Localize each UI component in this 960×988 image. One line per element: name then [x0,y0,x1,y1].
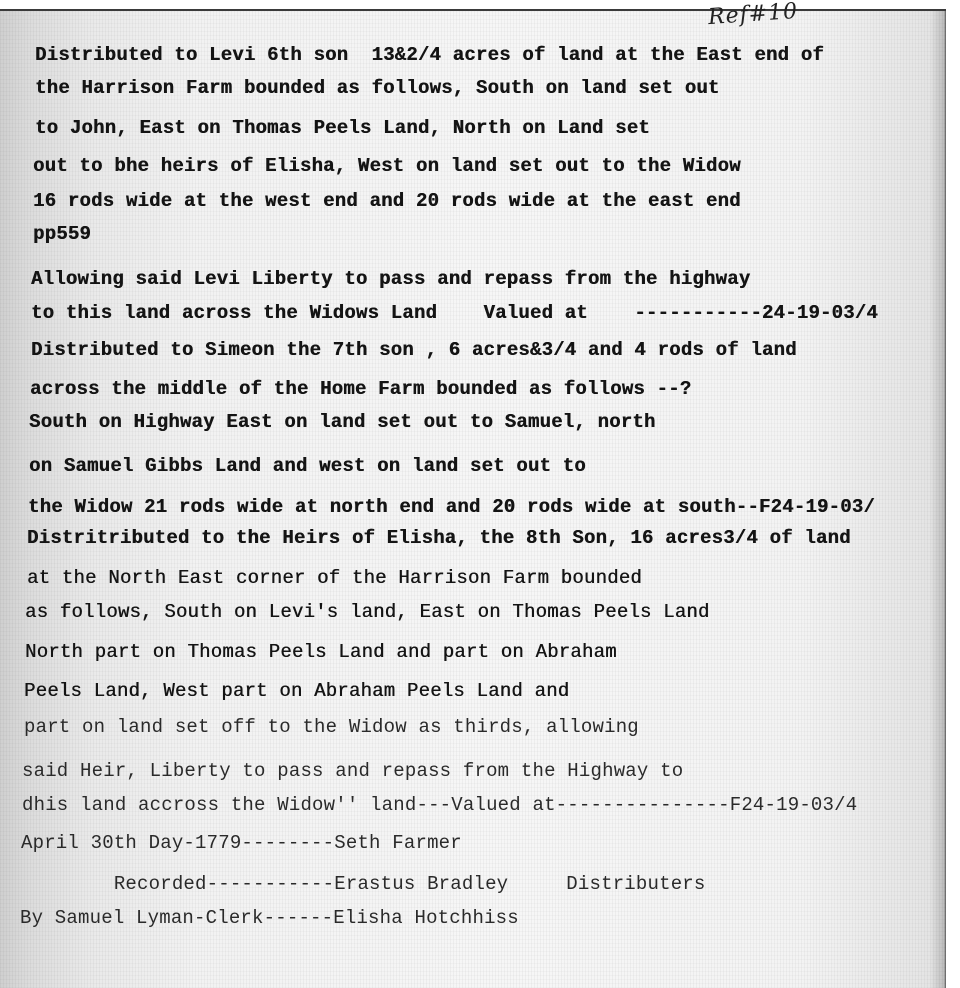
page-top-edge [0,0,946,11]
text-line: across the middle of the Home Farm bound… [30,378,691,400]
text-line: as follows, South on Levi's land, East o… [25,601,710,623]
signature-line-date: April 30th Day-1779--------Seth Farmer [21,832,462,854]
text-line: South on Highway East on land set out to… [29,411,656,433]
text-line: said Heir, Liberty to pass and repass fr… [22,760,683,782]
text-line: Distributed to Simeon the 7th son , 6 ac… [31,339,797,361]
text-line: the Widow 21 rods wide at north end and … [28,496,875,518]
text-line: Allowing said Levi Liberty to pass and r… [31,268,750,290]
text-line: 16 rods wide at the west end and 20 rods… [33,190,741,212]
text-line: the Harrison Farm bounded as follows, So… [35,77,720,99]
text-line: Distributed to Levi 6th son 13&2/4 acres… [35,44,824,66]
signature-line-clerk: By Samuel Lyman-Clerk------Elisha Hotchh… [20,907,519,929]
text-line: out to bhe heirs of Elisha, West on land… [33,155,741,177]
page-right-margin [946,0,960,988]
text-line: North part on Thomas Peels Land and part… [25,641,617,663]
text-line: pp559 [33,223,91,245]
text-line: dhis land accross the Widow'' land---Val… [22,794,857,816]
text-line: Peels Land, West part on Abraham Peels L… [24,680,569,702]
scanned-document-page: Ref#10 Distributed to Levi 6th son 13&2/… [0,0,960,988]
text-line: to this land across the Widows Land Valu… [31,302,878,324]
handwritten-reference-annotation: Ref#10 [707,0,799,30]
text-line: on Samuel Gibbs Land and west on land se… [29,455,586,477]
text-line: to John, East on Thomas Peels Land, Nort… [35,117,650,139]
signature-line-recorded: Recorded-----------Erastus Bradley Distr… [21,873,706,895]
text-line: part on land set off to the Widow as thi… [24,716,639,738]
text-line: at the North East corner of the Harrison… [27,567,642,589]
text-line: Distritributed to the Heirs of Elisha, t… [27,527,851,549]
